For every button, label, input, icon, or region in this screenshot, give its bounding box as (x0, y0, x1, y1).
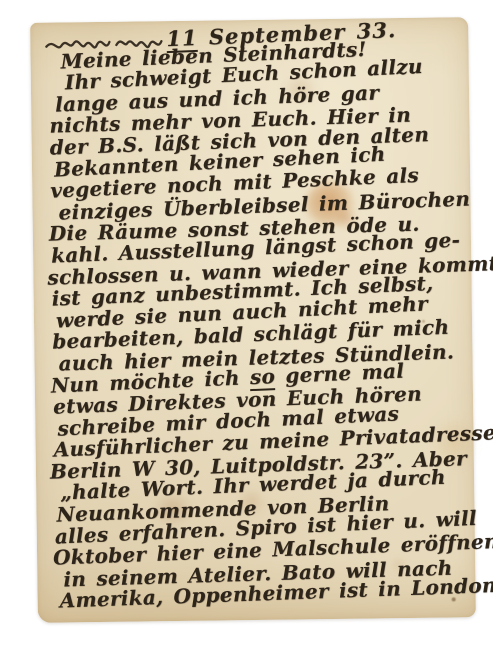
letter-paper-sheet: 11 September 33.Meine lieben Steinhardts… (30, 17, 476, 623)
letter-lines: 11 September 33.Meine lieben Steinhardts… (48, 24, 470, 612)
scan-background: 11 September 33.Meine lieben Steinhardts… (0, 0, 493, 650)
